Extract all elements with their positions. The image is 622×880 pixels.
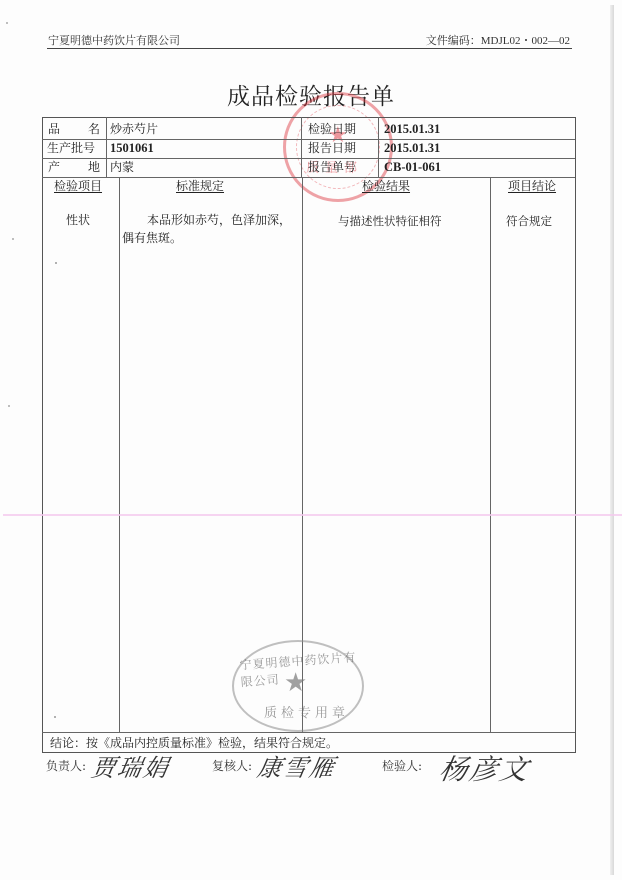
report-date-label: 报告日期 bbox=[308, 139, 356, 157]
inspector-signature: 杨彦文 bbox=[436, 748, 533, 788]
scan-speck bbox=[54, 716, 56, 718]
row-divider bbox=[42, 177, 575, 178]
scan-speck bbox=[55, 262, 57, 264]
report-date-value: 2015.01.31 bbox=[384, 139, 440, 157]
col-divider bbox=[490, 177, 491, 732]
origin-label: 产地 bbox=[48, 158, 100, 176]
batch-label: 生产批号 bbox=[47, 139, 95, 157]
row-conclusion: 符合规定 bbox=[506, 212, 552, 230]
row-standard-line2: 偶有焦斑。 bbox=[122, 229, 182, 247]
col-divider bbox=[119, 177, 120, 732]
col-header-result: 检验结果 bbox=[362, 177, 410, 195]
responsible-label: 负责人: bbox=[46, 757, 86, 774]
batch-value: 1501061 bbox=[110, 139, 154, 157]
quality-control-stamp: 宁夏明德中药饮片有限公司 ★ 质检专用章 bbox=[232, 640, 364, 732]
col-divider bbox=[106, 117, 107, 177]
responsible-signature: 贾瑞娟 bbox=[89, 748, 173, 783]
reviewer-label: 复核人: bbox=[212, 757, 252, 774]
origin-value: 内蒙 bbox=[110, 158, 134, 176]
row-item: 性状 bbox=[66, 211, 90, 229]
report-no-label: 报告单号 bbox=[308, 158, 356, 176]
company-name: 宁夏明德中药饮片有限公司 bbox=[48, 32, 180, 48]
row-divider bbox=[42, 732, 575, 733]
scan-speck bbox=[8, 405, 10, 407]
inspect-date-value: 2015.01.31 bbox=[384, 120, 440, 138]
scan-speck bbox=[6, 22, 8, 24]
col-divider bbox=[301, 117, 302, 177]
col-header-conclusion: 项目结论 bbox=[508, 177, 556, 195]
star-icon: ★ bbox=[284, 668, 307, 698]
reviewer-signature: 康雪雁 bbox=[255, 748, 339, 783]
page-edge-shadow bbox=[610, 5, 614, 875]
product-name-value: 炒赤芍片 bbox=[110, 120, 158, 138]
file-code: 文件编码：MDJL02・002—02 bbox=[426, 32, 570, 48]
scan-artifact-line bbox=[3, 514, 622, 516]
row-standard-line1: 本品形如赤芍，色泽加深， bbox=[147, 211, 291, 229]
scan-speck bbox=[12, 238, 14, 240]
col-header-standard: 标准规定 bbox=[176, 177, 224, 195]
report-no-value: CB-01-061 bbox=[384, 158, 441, 176]
inspector-label: 检验人: bbox=[382, 757, 422, 774]
col-divider bbox=[378, 117, 379, 177]
col-header-item: 检验项目 bbox=[54, 177, 102, 195]
product-name-label: 品名 bbox=[48, 120, 100, 138]
inspect-date-label: 检验日期 bbox=[308, 120, 356, 138]
row-result: 与描述性状特征相符 bbox=[338, 212, 442, 230]
header-rule bbox=[47, 48, 572, 49]
